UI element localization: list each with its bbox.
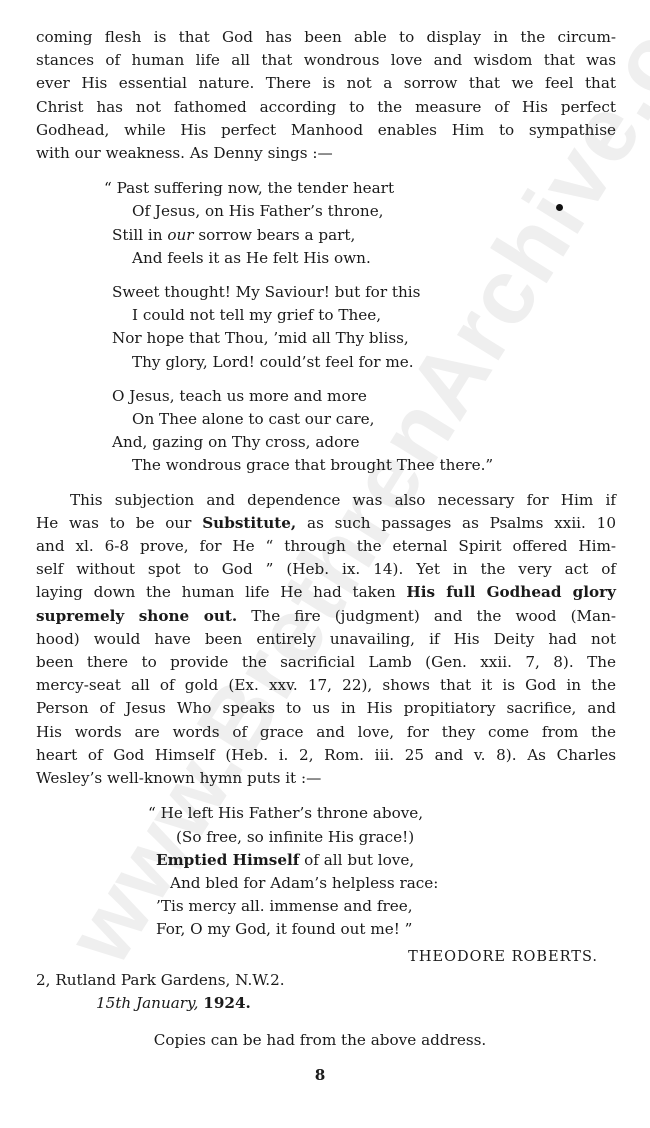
text-line: stances of human life all that wondrous …: [36, 49, 616, 72]
hymn-line: And, gazing on Thy cross, adore: [112, 431, 616, 454]
hymn-line: I could not tell my grief to Thee,: [112, 304, 616, 327]
text-line: been there to provide the sacrificial La…: [36, 651, 616, 674]
letter-date: 15th January, 1924.: [36, 992, 616, 1015]
text-line: self without spot to God ” (Heb. ix. 14)…: [36, 558, 616, 581]
date-day-month: 15th January,: [96, 994, 198, 1012]
hymn-line: Sweet thought! My Saviour! but for this: [112, 281, 616, 304]
page-number: 8: [36, 1064, 616, 1087]
wesley-hymn: “ He left His Father’s throne above, (So…: [156, 802, 616, 941]
text-line: coming flesh is that God has been able t…: [36, 26, 616, 49]
text-line: hood) would have been entirely unavailin…: [36, 628, 616, 651]
hymn-line: ’Tis mercy all. immense and free,: [156, 895, 616, 918]
hymn-line: And bled for Adam’s helpless race:: [156, 872, 616, 895]
text-line: laying down the human life He had taken …: [36, 581, 616, 604]
text-line: He was to be our Substitute, as such pas…: [36, 512, 616, 535]
text-line: ever His essential nature. There is not …: [36, 72, 616, 95]
author-address: 2, Rutland Park Gardens, N.W.2.: [36, 969, 616, 992]
author-signature: THEODORE ROBERTS.: [36, 946, 616, 969]
denny-hymn: “ Past suffering now, the tender heart O…: [112, 177, 616, 477]
hymn-line: Still in our sorrow bears a part,: [112, 224, 616, 247]
text-line: Person of Jesus Who speaks to us in His …: [36, 697, 616, 720]
document-page: coming flesh is that God has been able t…: [36, 26, 616, 1088]
hymn-line: “ Past suffering now, the tender heart: [104, 177, 616, 200]
text-line: and xl. 6-8 prove, for He “ through the …: [36, 535, 616, 558]
hymn-line: The wondrous grace that brought Thee the…: [112, 454, 616, 477]
hymn-stanza: “ Past suffering now, the tender heart O…: [112, 177, 616, 270]
date-year: 1924.: [203, 994, 251, 1012]
hymn-stanza: O Jesus, teach us more and more On Thee …: [112, 385, 616, 478]
text: The fire (judgment) and the wood (Man-: [251, 607, 616, 625]
emphasis-our: our: [167, 226, 193, 244]
text: He was to be our: [36, 514, 191, 532]
hymn-line: Thy glory, Lord! could’st feel for me.: [112, 351, 616, 374]
hymn-stanza: Sweet thought! My Saviour! but for this …: [112, 281, 616, 374]
text-line: mercy-seat all of gold (Ex. xxv. 17, 22)…: [36, 674, 616, 697]
hymn-line: Emptied Himself of all but love,: [156, 849, 616, 872]
bold-substitute: Substitute,: [202, 514, 296, 532]
hymn-line: Nor hope that Thou, ’mid all Thy bliss,: [112, 327, 616, 350]
intro-paragraph: coming flesh is that God has been able t…: [36, 26, 616, 165]
text-line: Christ has not fathomed according to the…: [36, 96, 616, 119]
text-line: Godhead, while His perfect Manhood enabl…: [36, 119, 616, 142]
text-line: heart of God Himself (Heb. i. 2, Rom. ii…: [36, 744, 616, 767]
hymn-text: Still in: [112, 226, 163, 244]
hymn-line: And feels it as He felt His own.: [112, 247, 616, 270]
hymn-line: “ He left His Father’s throne above,: [148, 802, 616, 825]
hymn-line: On Thee alone to cast our care,: [112, 408, 616, 431]
bold-godhead-glory: His full Godhead glory: [406, 583, 616, 601]
text-line: supremely shone out. The fire (judgment)…: [36, 605, 616, 628]
text-line: Wesley’s well-known hymn puts it :—: [36, 767, 616, 790]
text-line: His words are words of grace and love, f…: [36, 721, 616, 744]
bold-emptied-himself: Emptied Himself: [156, 851, 299, 869]
text: laying down the human life He had taken: [36, 583, 396, 601]
bold-shone-out: supremely shone out.: [36, 607, 237, 625]
hymn-line: O Jesus, teach us more and more: [112, 385, 616, 408]
hymn-line: For, O my God, it found out me! ”: [156, 918, 616, 941]
hymn-line: Of Jesus, on His Father’s throne,: [112, 200, 616, 223]
hymn-text: sorrow bears a part,: [198, 226, 355, 244]
text-line: This subjection and dependence was also …: [36, 489, 616, 512]
hymn-line: (So free, so infinite His grace!): [156, 826, 616, 849]
main-paragraph: This subjection and dependence was also …: [36, 489, 616, 791]
hymn-text: of all but love,: [304, 851, 414, 869]
text-line: with our weakness. As Denny sings :—: [36, 142, 616, 165]
text: as such passages as Psalms xxii. 10: [307, 514, 616, 532]
copies-note: Copies can be had from the above address…: [36, 1029, 616, 1052]
